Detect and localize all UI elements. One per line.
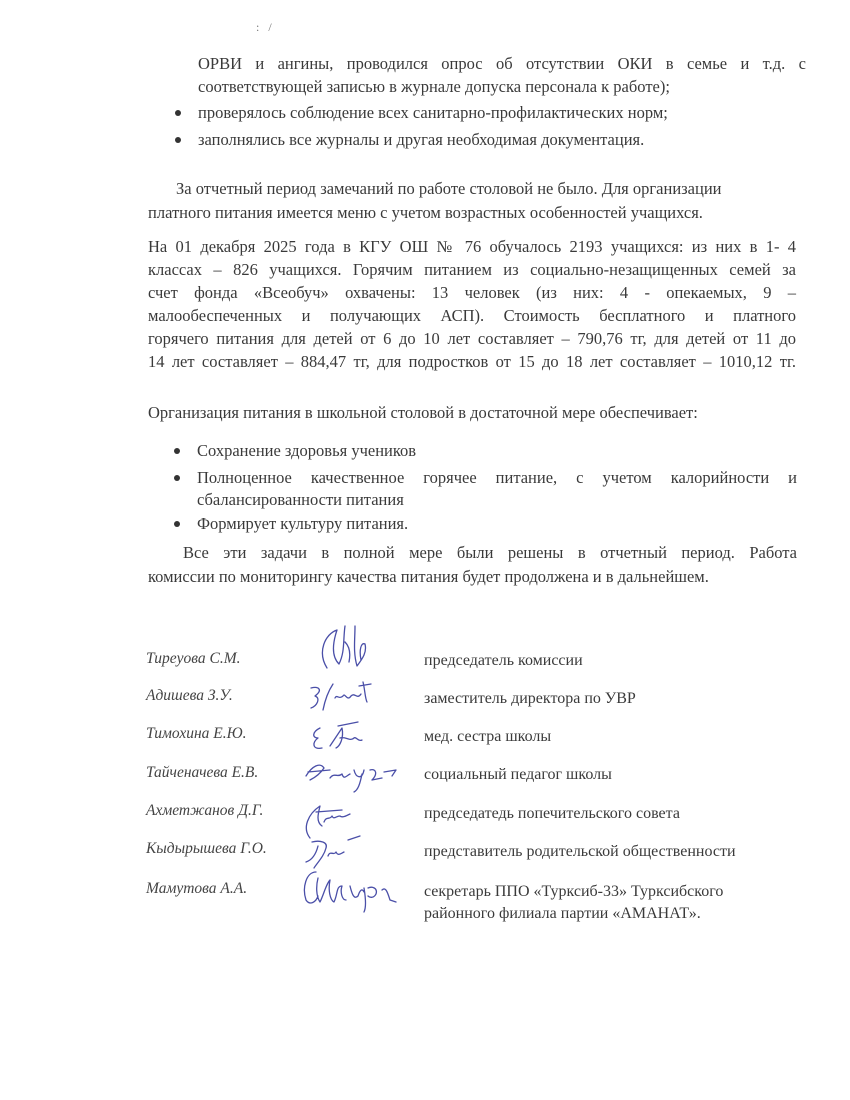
stats-line-5: горячего питания для детей от 6 до 10 ле… xyxy=(148,328,796,350)
signatory-role: представитель родительской общественност… xyxy=(424,842,736,862)
document-page: : / ОРВИ и ангины, проводился опрос об о… xyxy=(0,0,850,1100)
no-remarks-line2: платного питания имеется меню с учетом в… xyxy=(148,202,703,224)
bullet-icon xyxy=(174,475,180,481)
signature-icon xyxy=(308,718,368,759)
signatory-role: заместитель директора по УВР xyxy=(424,689,636,709)
organization-intro: Организация питания в школьной столовой … xyxy=(148,402,698,424)
signatory-name: Адишева З.У. xyxy=(146,687,233,705)
signatory-role: секретарь ППО «Турксиб-33» Турксибского xyxy=(424,882,723,902)
signatory-role: председатедь попечительского совета xyxy=(424,804,680,824)
signatory-role: социальный педагог школы xyxy=(424,765,612,785)
signatory-name: Тайченачева Е.В. xyxy=(146,764,258,782)
bullet-icon xyxy=(174,521,180,527)
signature-icon xyxy=(296,866,406,917)
signatory-name: Кыдырышева Г.О. xyxy=(146,840,267,858)
intro-continuation-line1: ОРВИ и ангины, проводился опрос об отсут… xyxy=(198,53,806,75)
benefit-item-1: Сохранение здоровья учеников xyxy=(197,440,416,462)
stats-line-4: малообеспеченных и получающих АСП). Стои… xyxy=(148,305,796,327)
no-remarks-line1: За отчетный период замечаний по работе с… xyxy=(176,178,721,200)
signature-icon xyxy=(315,622,375,679)
signature-icon xyxy=(300,756,400,795)
bullet-icon xyxy=(175,137,181,143)
intro-continuation-line2: соответствующей записью в журнале допуск… xyxy=(198,76,806,98)
signatory-name: Тимохина Е.Ю. xyxy=(146,725,247,743)
signatory-role-line2: районного филиала партии «АМАНАТ». xyxy=(424,904,701,924)
check-item-2: заполнялись все журналы и другая необход… xyxy=(198,129,644,151)
benefit-item-2-line2: сбалансированности питания xyxy=(197,489,404,511)
signatory-name: Тиреуова С.М. xyxy=(146,650,241,668)
conclusion-line2: комиссии по мониторингу качества питания… xyxy=(148,566,709,588)
benefit-item-3: Формирует культуру питания. xyxy=(197,513,408,535)
check-item-1: проверялось соблюдение всех санитарно-пр… xyxy=(198,102,668,124)
scan-marks: : / xyxy=(256,20,275,35)
signatory-name: Мамутова А.А. xyxy=(146,880,247,898)
signatory-role: мед. сестра школы xyxy=(424,727,551,747)
bullet-icon xyxy=(175,110,181,116)
bullet-icon xyxy=(174,448,180,454)
benefit-item-2-line1: Полноценное качественное горячее питание… xyxy=(197,467,797,489)
stats-line-3: счет фонда «Всеобуч» охвачены: 13 челове… xyxy=(148,282,796,304)
conclusion-line1: Все эти задачи в полной мере были решены… xyxy=(183,542,797,564)
signature-icon xyxy=(305,676,385,721)
stats-line-2: классах – 826 учащихся. Горячим питанием… xyxy=(148,259,796,281)
signatory-name: Ахметжанов Д.Г. xyxy=(146,802,263,820)
stats-line-6: 14 лет составляет – 884,47 тг, для подро… xyxy=(148,351,796,373)
stats-line-1: На 01 декабря 2025 года в КГУ ОШ № 76 об… xyxy=(148,236,796,258)
signatory-role: председатель комиссии xyxy=(424,651,583,671)
